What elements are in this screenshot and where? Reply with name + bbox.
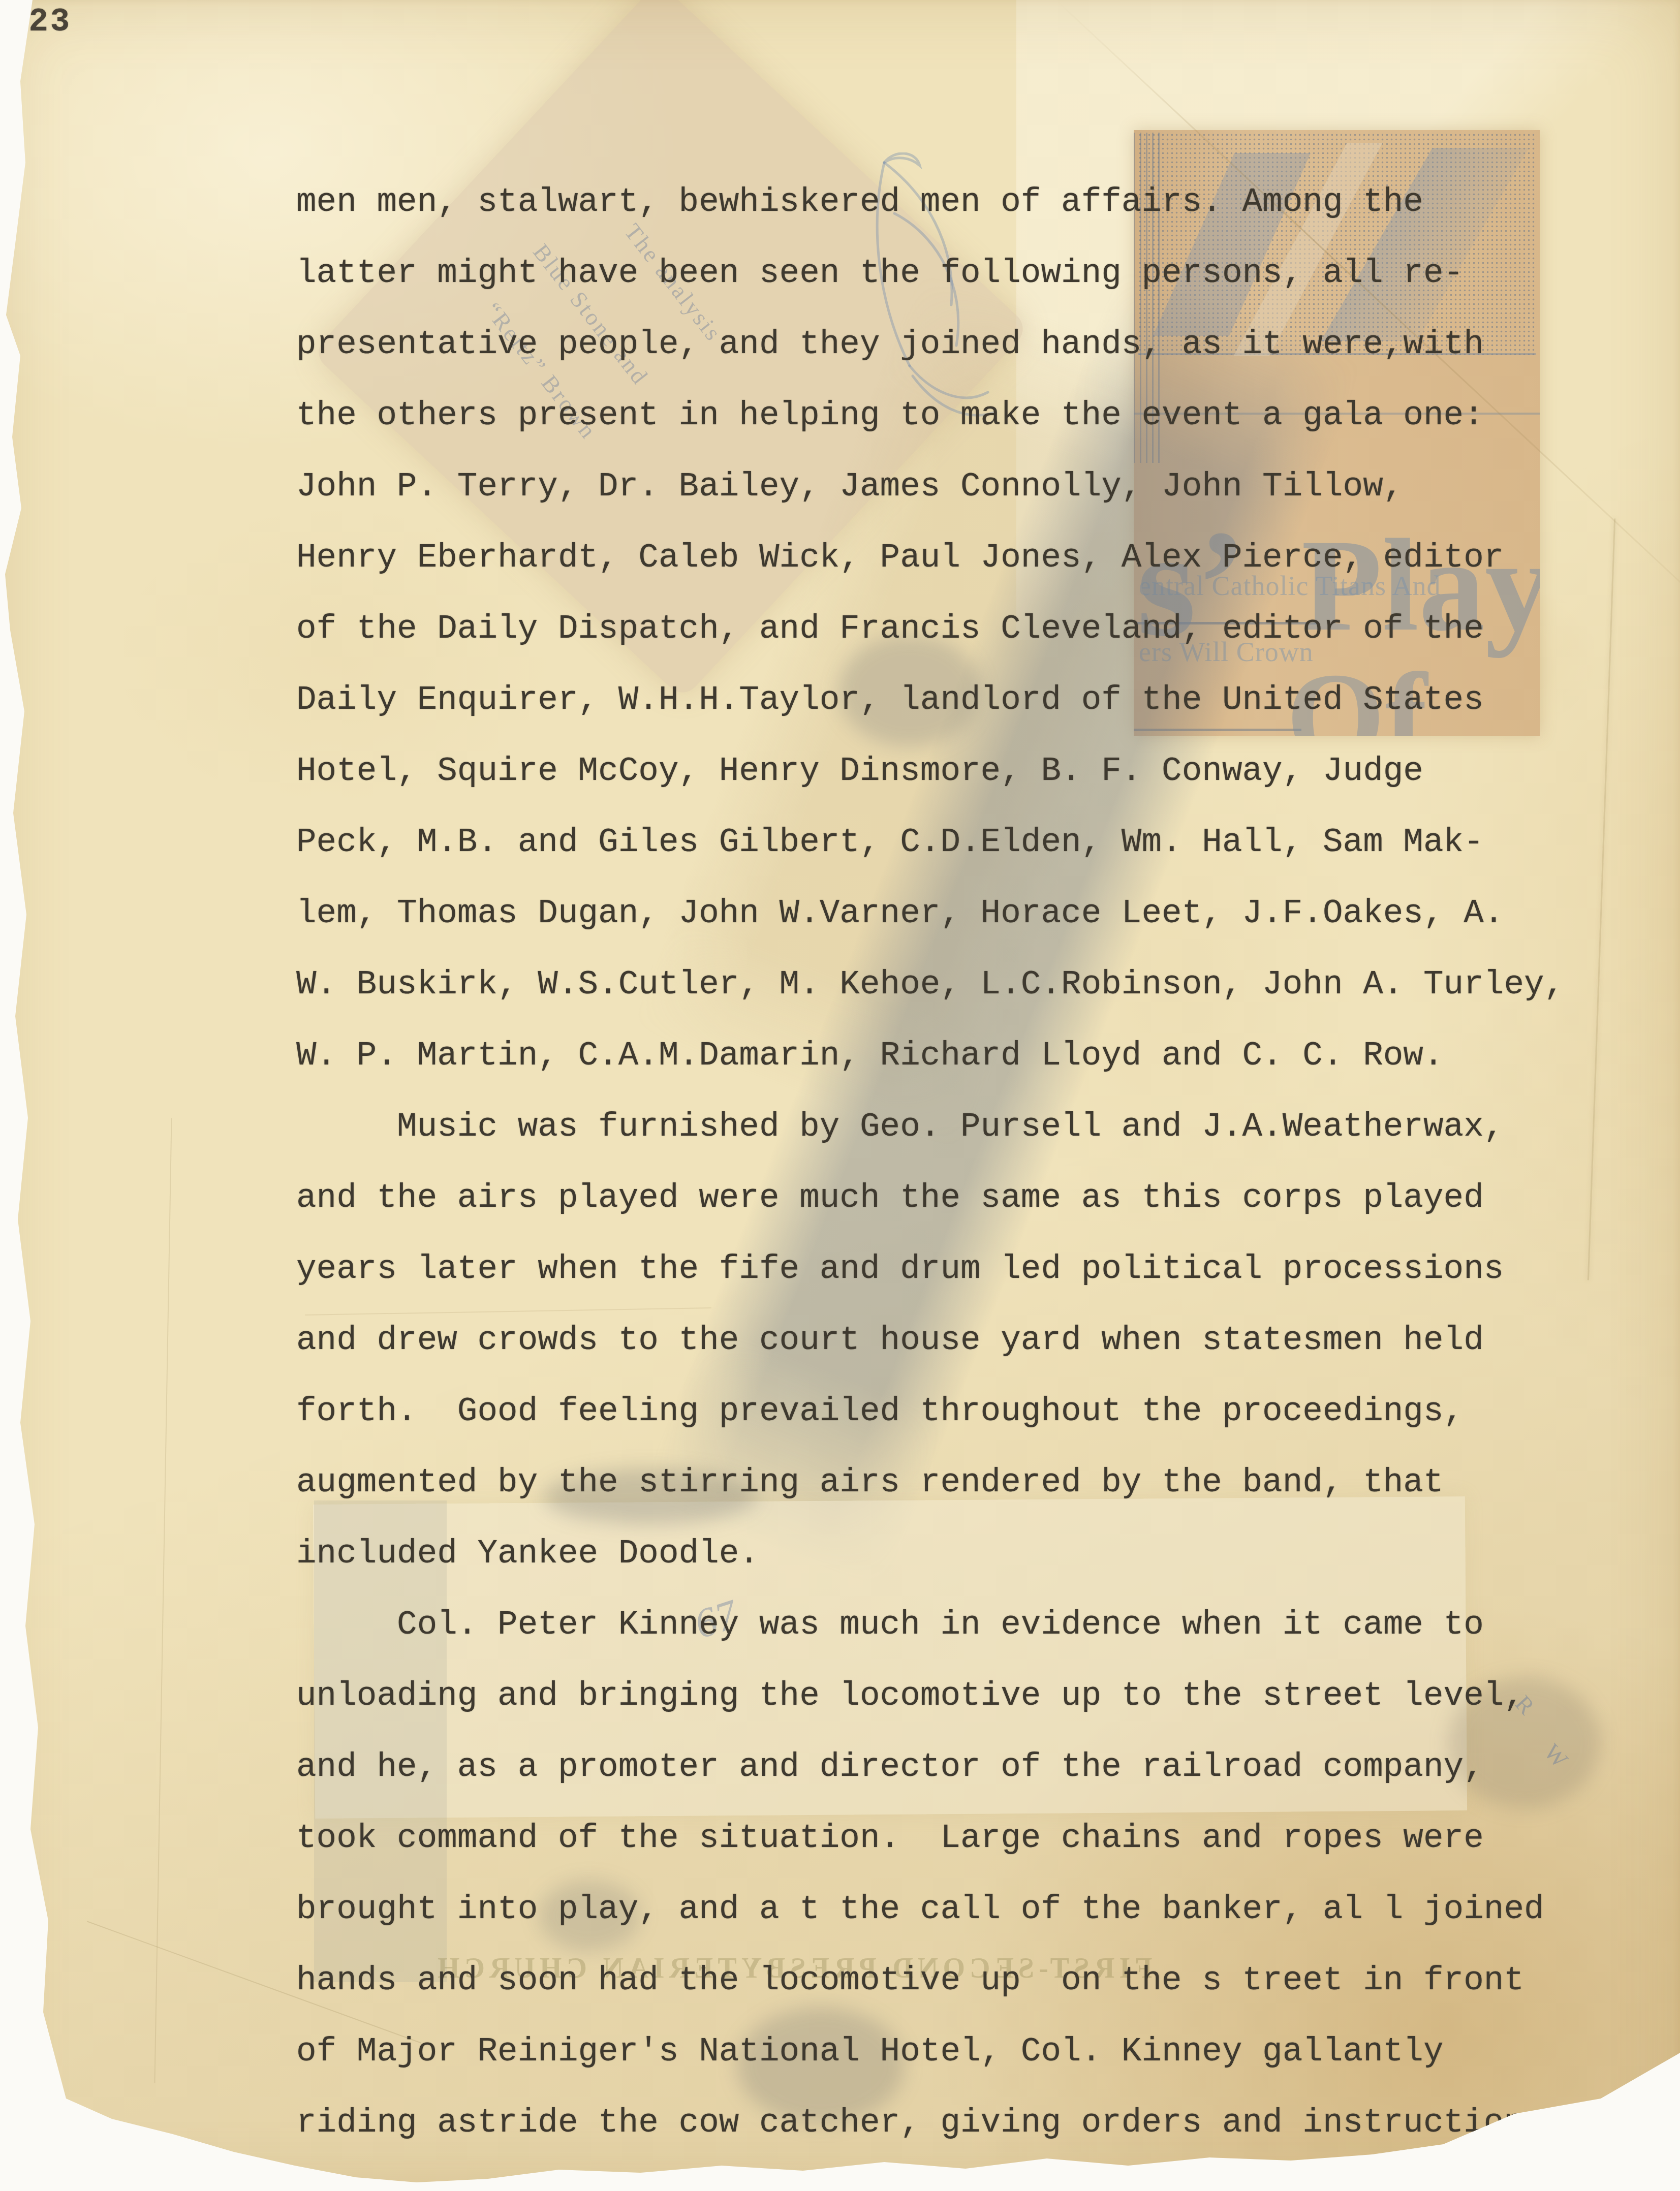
typed-line: took command of the situation. Large cha… [296, 1803, 1564, 1874]
typed-line: of Major Reiniger's National Hotel, Col.… [296, 2016, 1564, 2087]
typed-line: the others present in helping to make th… [296, 380, 1564, 451]
typed-line: Peck, M.B. and Giles Gilbert, C.D.Elden,… [296, 807, 1564, 878]
typed-line: hands and soon had the locomotive up on … [296, 1945, 1564, 2016]
typed-line: Henry Eberhardt, Caleb Wick, Paul Jones,… [296, 522, 1564, 593]
typed-line: brought into play, and a t the call of t… [296, 1874, 1564, 1945]
typed-text: men men, stalwart, bewhiskered men of af… [296, 167, 1564, 2158]
typed-line: John P. Terry, Dr. Bailey, James Connoll… [296, 451, 1564, 522]
typed-line: men men, stalwart, bewhiskered men of af… [296, 167, 1564, 238]
typed-line: presentative people, and they joined han… [296, 309, 1564, 380]
typed-line: and the airs played were much the same a… [296, 1163, 1564, 1234]
typed-line: Daily Enquirer, W.H.H.Taylor, landlord o… [296, 665, 1564, 736]
typed-line: Col. Peter Kinney was much in evidence w… [296, 1589, 1564, 1661]
scan-background: s’ Play Of Year entral Catholic Titans A… [0, 0, 1680, 2191]
page-number: 323 [7, 4, 72, 41]
typed-line: riding astride the cow catcher, giving o… [296, 2087, 1564, 2158]
typed-line: lem, Thomas Dugan, John W.Varner, Horace… [296, 878, 1564, 949]
typed-line: forth. Good feeling prevailed throughout… [296, 1376, 1564, 1447]
typed-line: of the Daily Dispatch, and Francis Cleve… [296, 593, 1564, 665]
typed-line: W. P. Martin, C.A.M.Damarin, Richard Llo… [296, 1020, 1564, 1091]
typed-line: years later when the fife and drum led p… [296, 1234, 1564, 1305]
typed-line: and he, as a promoter and director of th… [296, 1732, 1564, 1803]
typed-line: unloading and bringing the locomotive up… [296, 1661, 1564, 1732]
typed-line: augmented by the stirring airs rendered … [296, 1447, 1564, 1518]
typed-line: Music was furnished by Geo. Pursell and … [296, 1091, 1564, 1163]
typed-line: Hotel, Squire McCoy, Henry Dinsmore, B. … [296, 736, 1564, 807]
typed-line: W. Buskirk, W.S.Cutler, M. Kehoe, L.C.Ro… [296, 949, 1564, 1020]
typed-line: and drew crowds to the court house yard … [296, 1305, 1564, 1376]
manuscript-page: s’ Play Of Year entral Catholic Titans A… [0, 0, 1680, 2191]
typed-line: included Yankee Doodle. [296, 1518, 1564, 1589]
typed-line: latter might have been seen the followin… [296, 238, 1564, 309]
